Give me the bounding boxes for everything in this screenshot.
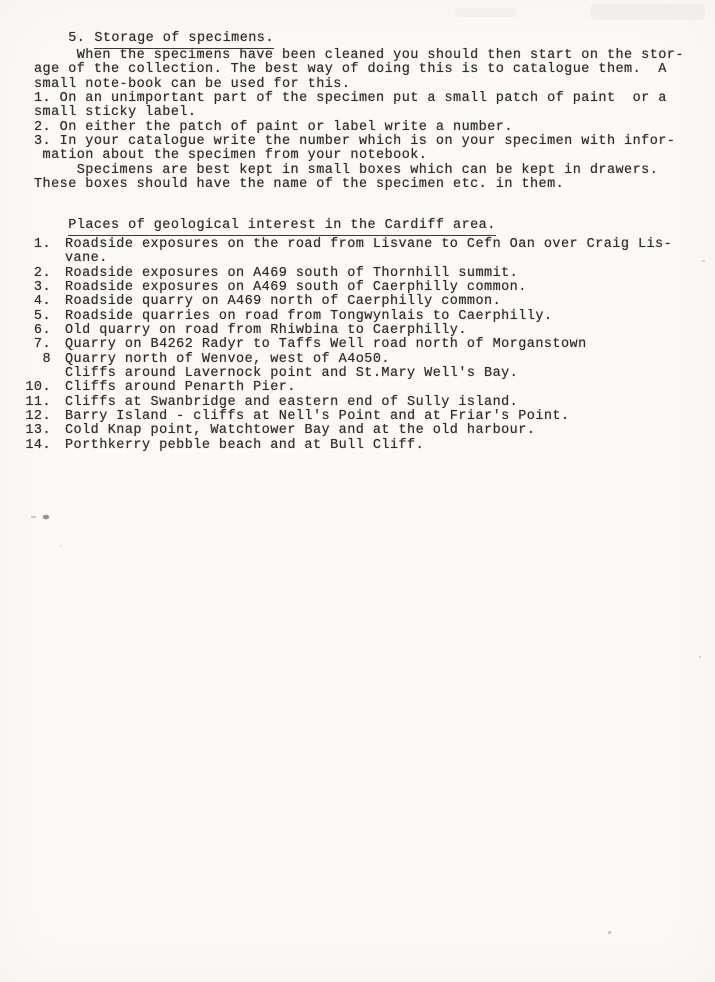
- list-item-number: 4.: [25, 295, 51, 309]
- scan-artifact: [590, 4, 705, 20]
- section-number: 5.: [68, 31, 85, 46]
- paragraph-line: small note-book can be used for this.: [34, 78, 684, 92]
- scan-speck: [608, 931, 611, 934]
- scanned-document-page: 5.Storage of specimens. When the specime…: [0, 0, 715, 982]
- list-item-text: Roadside exposures on A469 south of Thor…: [65, 267, 518, 281]
- scan-artifact: [455, 8, 517, 17]
- list-item-text: Roadside quarry on A469 north of Caerphi…: [65, 295, 501, 309]
- list-item: 1. Roadside exposures on the road from L…: [25, 238, 672, 267]
- list-item-number: 7.: [25, 338, 51, 352]
- list-item-number: 5.: [25, 310, 51, 324]
- list-item-number: 10.: [25, 381, 51, 395]
- scan-speck: [60, 545, 62, 547]
- scan-smudge: [31, 516, 36, 518]
- list-item-number: 8: [25, 353, 51, 367]
- paragraph-line: 2. On either the patch of paint or label…: [34, 121, 684, 135]
- list-item-number: 13.: [25, 424, 51, 438]
- paragraph-line: Specimens are best kept in small boxes w…: [34, 164, 684, 178]
- list-item-number: 14.: [25, 439, 51, 453]
- list-item-number: 11.: [25, 396, 51, 410]
- list-item-number: 1.: [25, 238, 51, 252]
- section-title: Places of geological interest in the Car…: [68, 219, 496, 235]
- list-item: 10. Cliffs around Penarth Pier.: [25, 381, 672, 395]
- scan-speck: [702, 260, 705, 262]
- list-item-text: Quarry north of Wenvoe, west of A4o50.: [65, 353, 390, 367]
- list-item-text: Cliffs around Penarth Pier.: [65, 381, 296, 395]
- list-item: 2. Roadside exposures on A469 south of T…: [25, 267, 672, 281]
- paragraph-line: mation about the specimen from your note…: [34, 149, 684, 163]
- scan-smudge: [43, 515, 49, 519]
- paragraph-line: These boxes should have the name of the …: [34, 178, 684, 192]
- paragraph-line: small sticky label.: [34, 106, 684, 120]
- places-list: 1. Roadside exposures on the road from L…: [25, 238, 672, 453]
- list-item: 14. Porthkerry pebble beach and at Bull …: [25, 439, 672, 453]
- scan-speck: [699, 656, 701, 658]
- list-item-text: Quarry on B4262 Radyr to Taffs Well road…: [65, 338, 587, 352]
- list-item-text: Porthkerry pebble beach and at Bull Clif…: [65, 439, 424, 453]
- list-item: 7. Quarry on B4262 Radyr to Taffs Well r…: [25, 338, 672, 352]
- list-item: 5. Roadside quarries on road from Tongwy…: [25, 310, 672, 324]
- list-item-text: Roadside exposures on the road from Lisv…: [65, 238, 672, 267]
- list-item: 8 Quarry north of Wenvoe, west of A4o50.: [25, 353, 672, 367]
- list-item-text: Roadside quarries on road from Tongwynla…: [65, 310, 552, 324]
- storage-paragraph: When the specimens have been cleaned you…: [34, 49, 684, 192]
- section-title: Storage of specimens.: [94, 32, 274, 48]
- list-item: 4. Roadside quarry on A469 north of Caer…: [25, 295, 672, 309]
- paragraph-line: age of the collection. The best way of d…: [34, 63, 684, 77]
- list-item-number: 2.: [25, 267, 51, 281]
- list-item-text: Cliffs at Swanbridge and eastern end of …: [65, 396, 518, 410]
- list-item: 11. Cliffs at Swanbridge and eastern end…: [25, 396, 672, 410]
- list-item: 13. Cold Knap point, Watchtower Bay and …: [25, 424, 672, 438]
- list-item-text: Cold Knap point, Watchtower Bay and at t…: [65, 424, 535, 438]
